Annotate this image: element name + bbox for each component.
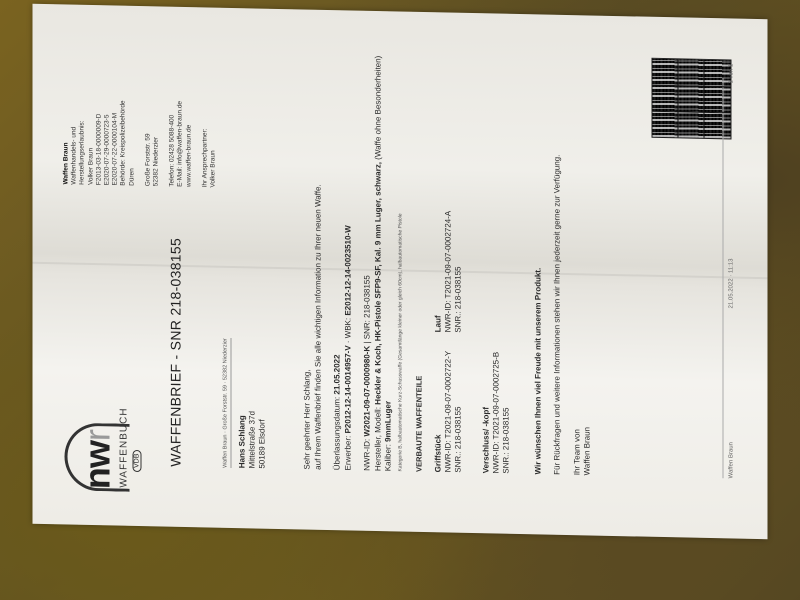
permit-id: E2020-07-29-0000723-5 xyxy=(104,15,112,185)
nwr-label: NWR-ID: xyxy=(363,439,372,471)
snr-value: 218-038155 xyxy=(363,275,372,318)
parts-heading: VERBAUTE WAFFENTEILE xyxy=(415,52,426,472)
logo-wordmark: nwr xyxy=(77,430,119,490)
caliber-label: Kaliber: xyxy=(384,444,393,471)
part-snr: SNR.: 218-038155 xyxy=(453,333,463,473)
part-nwr-id: NWR-ID: T2021-09-07-0002725-B xyxy=(491,333,501,473)
document-title: WAFFENBRIEF - SNR 218-038155 xyxy=(168,238,184,467)
part-snr: SNR.: 218-038155 xyxy=(501,334,511,474)
permit-id: F2013-03-18-0000009-D xyxy=(95,15,103,185)
sender-street: Große Forststr. 59 xyxy=(144,16,152,186)
recipient-name: Hans Schlang xyxy=(238,411,248,469)
sender-owner: Volker Braun xyxy=(87,15,95,185)
buyer-id: P2012-12-14-0014957-V xyxy=(343,345,352,433)
nwr-waffenbuch-logo: nwr WAFFENBUCH VDB xyxy=(63,410,143,502)
waffenbrief-document: nwr WAFFENBUCH VDB Waffen Braun Waffenha… xyxy=(33,4,768,539)
return-address: Waffen Braun · Große Forststr. 59 · 5238… xyxy=(223,338,232,468)
permit-label: Waffenhandels- und xyxy=(71,15,79,185)
weapon-category: Kategorie B, halbautomatische Kurz-Schus… xyxy=(397,213,403,471)
transfer-date: 21.05.2022 xyxy=(333,354,342,394)
maker-model: Heckler & Koch, HK-Pistole SFP9-SF, Kal.… xyxy=(373,162,382,405)
sender-company: Waffen Braun xyxy=(63,14,71,184)
contact-label: Ihr Ansprechpartner: xyxy=(201,17,209,187)
part-item: Verschluss/ -kopf NWR-ID: T2021-09-07-00… xyxy=(481,333,511,474)
wbk-id: E2012-12-14-0023510-W xyxy=(343,225,352,315)
nwr-id: W2021-09-07-0000980-K xyxy=(363,346,372,437)
permit-id: E2020-07-22-0000104-M xyxy=(112,15,120,185)
signoff-line-1: Ihr Team von xyxy=(572,429,581,475)
signoff-line-2: Waffen Braun xyxy=(583,427,592,476)
part-name: Griffstück xyxy=(433,332,443,472)
permit-label: Herstellungserlaubnis: xyxy=(79,15,87,185)
part-name: Lauf xyxy=(433,192,443,332)
sender-phone: Telefon: 02428 5088-400 xyxy=(169,17,177,187)
contact-name: Volker Braun xyxy=(210,18,218,188)
part-name: Verschluss/ -kopf xyxy=(481,333,491,473)
wbk-label: WBK: xyxy=(343,318,352,339)
sender-web-link[interactable]: www.waffen-braun.de xyxy=(185,17,193,187)
part-nwr-id: NWR-ID: T2021-09-07-0002722-Y xyxy=(443,332,453,472)
part-snr: SNR.: 218-038155 xyxy=(453,193,463,333)
sender-email-link[interactable]: E-Mail: info@waffen-braun.de xyxy=(177,17,185,187)
closing-text: Für Rückfragen und weitere Informationen… xyxy=(553,55,564,475)
maker-note: (Waffe ohne Besonderheiten) xyxy=(373,56,382,160)
footer-timestamp: 21.05.2022 · 11:13 xyxy=(729,258,735,308)
caliber-value: 9mmLuger xyxy=(384,401,393,442)
sender-authority-city: Düren xyxy=(128,16,136,186)
closing-bold: Wir wünschen Ihnen viel Freude mit unser… xyxy=(533,268,542,475)
vdb-badge: VDB xyxy=(133,449,142,472)
letter-body: Sehr geehrter Herr Schlang, auf Ihrem Wa… xyxy=(303,49,603,475)
recipient-city: 50189 Elsdorf xyxy=(258,411,268,469)
logo-subtitle: WAFFENBUCH xyxy=(119,407,130,487)
part-item: Griffstück NWR-ID: T2021-09-07-0002722-Y… xyxy=(433,332,463,473)
recipient-block: Hans Schlang Mittelstraße 37d 50189 Elsd… xyxy=(238,411,268,469)
sender-block: Waffen Braun Waffenhandels- und Herstell… xyxy=(63,14,218,187)
part-item: Lauf NWR-ID: T2021-09-07-0002724-A SNR.:… xyxy=(433,192,463,333)
parts-list: Griffstück NWR-ID: T2021-09-07-0002722-Y… xyxy=(433,52,511,474)
sender-city: 52382 Niederzier xyxy=(153,16,161,186)
transfer-date-label: Überlassungsdatum: xyxy=(333,397,342,471)
sender-authority: Behörde: Kreispolizeibehörde xyxy=(120,16,128,186)
buyer-label: Erwerber: xyxy=(343,436,352,471)
part-nwr-id: NWR-ID: T2021-09-07-0002724-A xyxy=(443,192,453,332)
maker-label: Hersteller, Modell: xyxy=(373,407,382,471)
recipient-street: Mittelstraße 37d xyxy=(248,411,258,469)
intro-text: auf Ihrem Waffenbrief finden Sie alle wi… xyxy=(313,184,322,470)
snr-label: SNR: xyxy=(363,320,372,339)
qr-code-image xyxy=(653,59,731,139)
footer-left: Waffen Braun xyxy=(729,442,735,478)
salutation: Sehr geehrter Herr Schlang, xyxy=(303,369,312,469)
